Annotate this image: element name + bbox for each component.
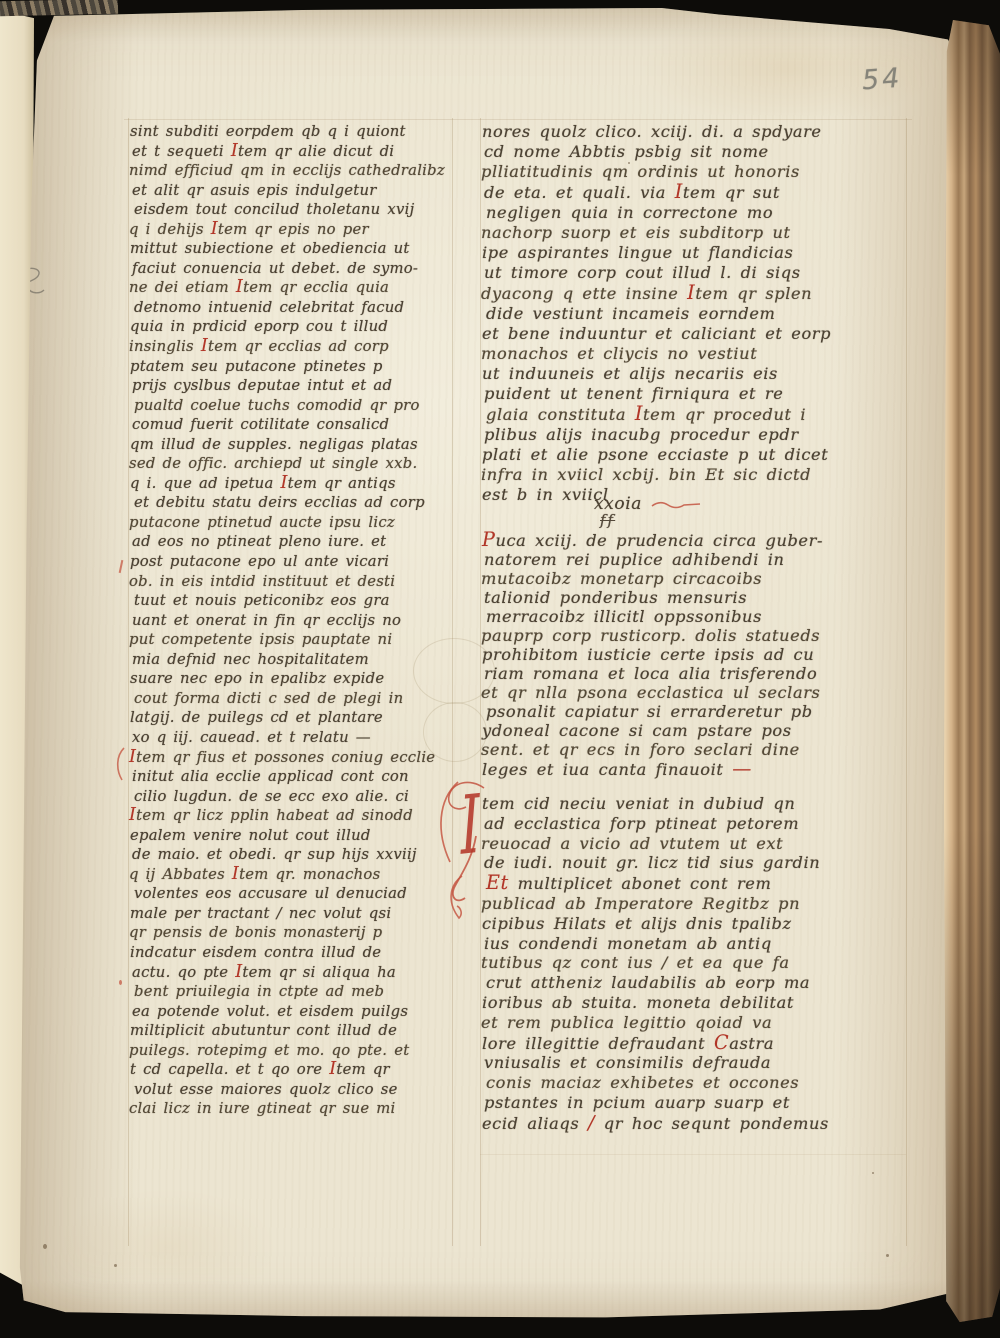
text-line: plati et alie psone ecciaste p ut dicet	[482, 445, 918, 465]
text-line: actu. qo pte Item qr si aliqua ha	[132, 963, 462, 983]
gutter-shadow	[18, 8, 138, 1320]
text-line: reuocad a vicio ad vtutem ut ext	[481, 834, 917, 854]
rubric-flourish	[434, 780, 462, 864]
text-line: mittut subiectione et obediencia ut	[130, 239, 460, 259]
text-line: quia in prdicid eporp cou t illud	[130, 317, 460, 337]
rubric-flourish	[114, 746, 128, 782]
text-section-a: nores quolz clico. xciij. di. a spdyarec…	[482, 122, 918, 505]
top-edge-shadow	[18, 8, 965, 42]
text-line: ipe aspirantes lingue ut flandicias	[482, 243, 918, 263]
paper-speck	[114, 1264, 117, 1267]
text-line: q i. que ad ipetua Item qr antiqs	[130, 474, 460, 494]
rubric-tick	[119, 980, 122, 985]
text-column-left: sint subditi eorpdem qb q i quiontet t s…	[130, 122, 460, 1119]
text-line: de eta. et quali. via Item qr sut	[484, 182, 920, 203]
text-line: monachos et cliycis no vestiut	[481, 344, 917, 364]
divider-strikeout: ff	[600, 511, 615, 529]
text-line: t cd capella. et t qo ore Item qr	[130, 1060, 460, 1080]
text-line: et alit qr asuis epis indulgetur	[132, 181, 462, 201]
text-line: sint subditi eorpdem qb q i quiont	[130, 122, 460, 142]
text-line: negligen quia in correctone mo	[486, 203, 922, 223]
text-line: nimd efficiud qm in ecclijs cathedralibz	[129, 161, 459, 181]
text-line: ius condendi monetam ab antiq	[484, 934, 920, 954]
text-line: q i dehijs Item qr epis no per	[129, 220, 459, 240]
text-line: tem cid neciu veniat in dubiud qn	[482, 794, 918, 814]
text-line: dyacong q ette insine Item qr splen	[481, 283, 917, 304]
text-line: clai licz in iure gtineat qr sue mi	[129, 1099, 459, 1119]
text-line: puilegs. rotepimg et mo. qo pte. et	[129, 1041, 459, 1061]
text-line: de maio. et obedi. qr sup hijs xxviij	[132, 845, 462, 865]
text-line: sed de offic. archiepd ut single xxb.	[129, 454, 459, 474]
text-line: xo q iij. cauead. et t relatu —	[132, 728, 462, 748]
text-line: leges et iua canta finauoit —	[482, 759, 918, 779]
text-line: Item qr fius et possones coniug ecclie	[129, 748, 459, 768]
text-line: conis maciaz exhibetes et occones	[486, 1073, 922, 1093]
text-line: et qr nlla psona ecclastica ul seclars	[481, 683, 917, 702]
endband	[0, 0, 118, 16]
text-line: glaia constituta Item qr procedut i	[486, 404, 922, 425]
text-section-c: tem cid neciu veniat in dubiud qnad eccl…	[482, 794, 918, 1134]
text-line: prijs cyslbus deputae intut et ad	[132, 376, 462, 396]
text-line: uant et onerat in fin qr ecclijs no	[132, 611, 462, 631]
manuscript-photo: 54 sint subditi eorpdem qb q i quiontet …	[0, 0, 1000, 1338]
text-line: sent. et qr ecs in foro seclari dine	[481, 740, 917, 759]
rubric-flourish	[446, 874, 468, 920]
paper-speck	[886, 1254, 889, 1257]
text-line: tutibus qz cont ius / et ea que fa	[481, 953, 917, 973]
text-line: detnomo intuenid celebritat facud	[134, 298, 464, 318]
bottom-edge-shadow	[18, 1280, 965, 1320]
text-line: bent priuilegia in ctpte ad meb	[134, 982, 464, 1002]
text-line: Item qr licz pplin habeat ad sinodd	[129, 806, 459, 826]
text-line: plliatitudinis qm ordinis ut honoris	[481, 162, 917, 182]
paper-speck	[43, 1244, 47, 1249]
ruling-line	[480, 1154, 906, 1155]
text-line: ad eos no ptineat pleno iure. et	[132, 532, 462, 552]
text-line: publicad ab Imperatore Regitbz pn	[481, 894, 917, 914]
text-line: post putacone epo ul ante vicari	[130, 552, 460, 572]
text-section-b: Puca xciij. de prudencia circa guber-nat…	[482, 530, 918, 779]
text-line: talionid ponderibus mensuris	[484, 588, 920, 607]
text-line: latgij. de puilegs cd et plantare	[130, 708, 460, 728]
text-line: et t sequeti Item qr alie dicut di	[132, 142, 462, 162]
text-line: tuut et nouis peticonibz eos gra	[134, 591, 464, 611]
text-line: ptatem seu putacone ptinetes p	[130, 357, 460, 377]
text-line: vniusalis et consimilis defrauda	[484, 1053, 920, 1073]
pencil-folio-number: 54	[861, 63, 903, 97]
text-line: faciut conuencia ut debet. de symo-	[132, 259, 462, 279]
paper-speck	[628, 162, 630, 164]
text-line: ad ecclastica forp ptineat petorem	[484, 814, 920, 834]
fore-edge	[944, 20, 1000, 1322]
text-line: male per tractant / nec volut qsi	[130, 904, 460, 924]
text-line: ut timore corp cout illud l. di siqs	[484, 263, 920, 283]
text-line: infra in xviicl xcbij. bin Et sic dictd	[481, 465, 917, 485]
manuscript-page: 54 sint subditi eorpdem qb q i quiontet …	[18, 8, 965, 1320]
text-line: insinglis Item qr ecclias ad corp	[129, 337, 459, 357]
text-line: epalem venire nolut cout illud	[130, 826, 460, 846]
text-line: crut attheniz laudabilis ab eorp ma	[486, 973, 922, 993]
text-line: cd nome Abbtis psbig sit nome	[484, 142, 920, 162]
text-line: initut alia ecclie applicad cont con	[132, 767, 462, 787]
text-line: qr pensis de bonis monasterij p	[129, 923, 459, 943]
text-line: eisdem tout concilud tholetanu xvij	[134, 200, 464, 220]
text-line: Puca xciij. de prudencia circa guber-	[482, 530, 918, 550]
text-line: riam romana et loca alia trisferendo	[484, 664, 920, 683]
text-line: Et multiplicet abonet cont rem	[486, 873, 922, 894]
text-line: ea potende volut. et eisdem puilgs	[132, 1002, 462, 1022]
text-line: indcatur eisdem contra illud de	[130, 943, 460, 963]
text-line: qm illud de supples. negligas platas	[130, 435, 460, 455]
text-line: comud fuerit cotilitate consalicd	[132, 415, 462, 435]
text-line: cipibus Hilats et alijs dnis tpalibz	[482, 914, 918, 934]
text-line: mutacoibz monetarp circacoibs	[481, 569, 917, 588]
text-line: ioribus ab stuita. moneta debilitat	[482, 993, 918, 1013]
text-line: suare nec epo in epalibz expide	[130, 669, 460, 689]
text-line: pstantes in pcium auarp suarp et	[484, 1093, 920, 1113]
text-line: volut esse maiores quolz clico se	[134, 1080, 464, 1100]
text-line: psonalit capiatur si errarderetur pb	[486, 702, 922, 721]
text-line: lore illegittie defraudant Castra	[482, 1033, 918, 1054]
text-line: nores quolz clico. xciij. di. a spdyare	[482, 122, 918, 142]
text-line: natorem rei puplice adhibendi in	[484, 550, 920, 569]
text-line: q ij Abbates Item qr. monachos	[129, 865, 459, 885]
text-line: dide vestiunt incameis eorndem	[486, 304, 922, 324]
text-line: volentes eos accusare ul denuciad	[134, 884, 464, 904]
text-line: ydoneal cacone si cam pstare pos	[482, 721, 918, 740]
text-line: ne dei etiam Item qr ecclia quia	[129, 278, 459, 298]
text-line: merracoibz illicitl oppssonibus	[486, 607, 922, 626]
ruling-line	[124, 119, 912, 120]
text-line: ecid aliaqs ∕ qr hoc sequnt pondemus	[482, 1113, 918, 1134]
text-line: et bene induuntur et caliciant et eorp	[482, 324, 918, 344]
text-line: plibus alijs inacubg procedur epdr	[484, 425, 920, 445]
text-line: nachorp suorp et eis subditorp ut	[481, 223, 917, 243]
text-line: et rem publica legittio qoiad va	[481, 1013, 917, 1033]
text-line: ut induuneis et alijs necariis eis	[482, 364, 918, 384]
section-divider: xxoia ff	[594, 494, 702, 514]
paper-speck	[872, 1172, 874, 1174]
text-line: mia defnid nec hospitalitatem	[132, 650, 462, 670]
text-line: cilio lugdun. de se ecc exo alie. ci	[134, 787, 464, 807]
text-line: prohibitom iusticie certe ipsis ad cu	[482, 645, 918, 664]
text-line: putacone ptinetud aucte ipsu licz	[129, 513, 459, 533]
text-line: et debitu statu deirs ecclias ad corp	[134, 493, 464, 513]
text-line: pauprp corp rusticorp. dolis statueds	[481, 626, 917, 645]
text-line: put competente ipsis pauptate ni	[129, 630, 459, 650]
text-line: pualtd coelue tuchs comodid qr pro	[134, 396, 464, 416]
text-line: miltiplicit abutuntur cont illud de	[130, 1021, 460, 1041]
text-line: puident ut tenent firniqura et re	[484, 384, 920, 404]
text-line: ob. in eis intdid instituut et desti	[129, 572, 459, 592]
text-line: cout forma dicti c sed de plegi in	[134, 689, 464, 709]
rubric-squiggle-icon	[650, 498, 702, 510]
text-line: de iudi. nouit gr. licz tid sius gardin	[484, 853, 920, 873]
